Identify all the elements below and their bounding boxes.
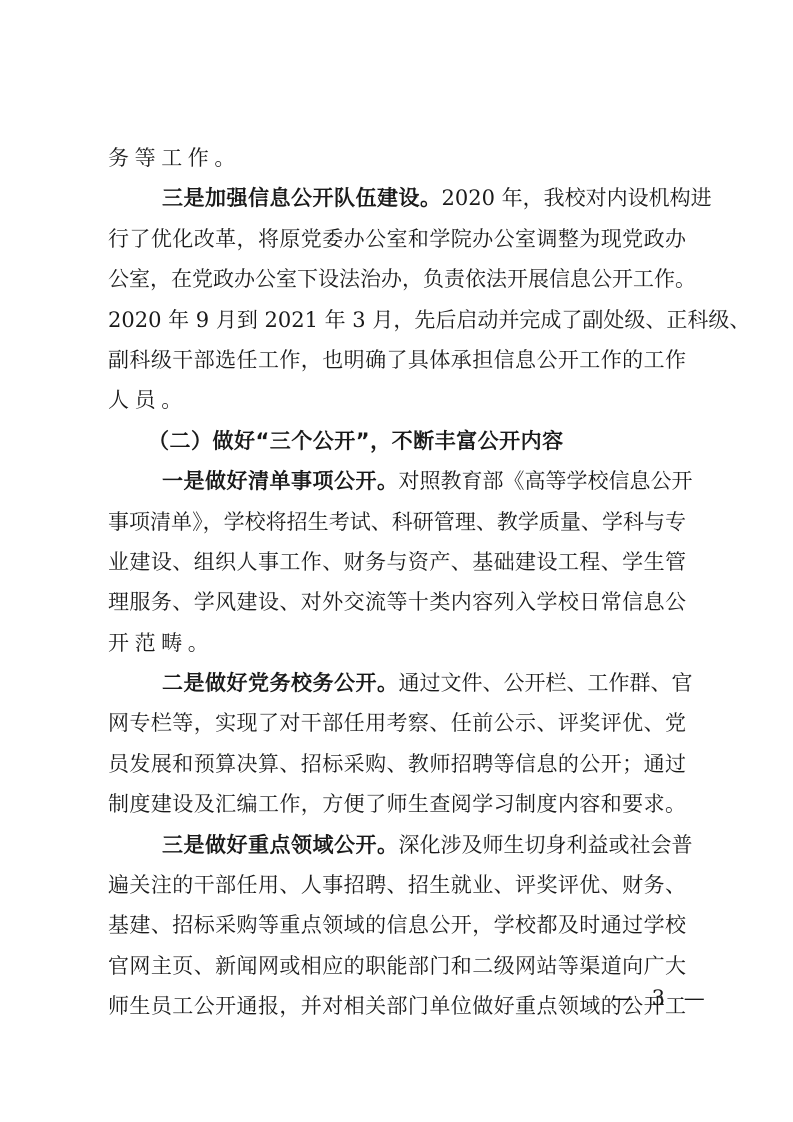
line-text: 2020 年，我校对内设机构进	[442, 186, 712, 210]
line-text: 深化涉及师生切身利益或社会普	[399, 833, 693, 857]
text-line: 副科级干部选任工作，也明确了具体承担信息公开工作的工作	[108, 340, 686, 380]
paragraph-start: 三是加强信息公开队伍建设。2020 年，我校对内设机构进	[108, 178, 686, 218]
text-line: 制度建设及汇编工作，方便了师生查阅学习制度内容和要求。	[108, 784, 686, 824]
paragraph-start: 三是做好重点领域公开。深化涉及师生切身利益或社会普	[108, 825, 686, 865]
line-text: 副科级干部选任工作，也明确了具体承担信息公开工作的工作	[108, 348, 686, 372]
line-text: 师生员工公开通报，并对相关部门单位做好重点领域的公开工	[108, 994, 686, 1018]
line-text: 行了优化改革，将原党委办公室和学院办公室调整为现党政办	[108, 227, 686, 251]
text-line: 务等工作。	[108, 138, 686, 178]
text-line: 事项清单》，学校将招生考试、科研管理、教学质量、学科与专	[108, 502, 686, 542]
line-text: 人员。	[108, 388, 188, 412]
paragraph-start: 二是做好党务校务公开。通过文件、公开栏、工作群、官	[108, 663, 686, 703]
line-text: 遍关注的干部任用、人事招聘、招生就业、评奖评优、财务、	[108, 873, 686, 897]
text-line: 基建、招标采购等重点领域的信息公开，学校都及时通过学校	[108, 905, 686, 945]
document-body: 务等工作。 三是加强信息公开队伍建设。2020 年，我校对内设机构进 行了优化改…	[108, 138, 686, 1027]
line-text: 员发展和预算决算、招标采购、教师招聘等信息的公开；通过	[108, 752, 686, 776]
line-text: 开范畴。	[108, 631, 214, 655]
line-text: 网专栏等，实现了对干部任用考察、任前公示、评奖评优、党	[108, 711, 686, 735]
text-line: 行了优化改革，将原党委办公室和学院办公室调整为现党政办	[108, 219, 686, 259]
line-text: 通过文件、公开栏、工作群、官	[399, 671, 693, 695]
line-text: 务等工作。	[108, 146, 241, 170]
paragraph-lead-bold: 一是做好清单事项公开。	[162, 469, 399, 493]
text-line: 人员。	[108, 380, 686, 420]
text-line: 公室，在党政办公室下设法治办，负责依法开展信息公开工作。	[108, 259, 686, 299]
paragraph-lead-bold: 三是加强信息公开队伍建设。	[162, 186, 442, 210]
line-text: 制度建设及汇编工作，方便了师生查阅学习制度内容和要求。	[108, 792, 686, 816]
page-number: — 3 —	[612, 986, 711, 1010]
line-text: 理服务、学风建设、对外交流等十类内容列入学校日常信息公	[108, 590, 686, 614]
text-line: 员发展和预算决算、招标采购、教师招聘等信息的公开；通过	[108, 744, 686, 784]
text-line: 师生员工公开通报，并对相关部门单位做好重点领域的公开工	[108, 986, 686, 1026]
line-text: 官网主页、新闻网或相应的职能部门和二级网站等渠道向广大	[108, 954, 686, 978]
text-line: 2020 年 9 月到 2021 年 3 月，先后启动并完成了副处级、正科级、	[108, 300, 686, 340]
text-line: 理服务、学风建设、对外交流等十类内容列入学校日常信息公	[108, 582, 686, 622]
paragraph-start: 一是做好清单事项公开。对照教育部《高等学校信息公开	[108, 461, 686, 501]
text-line: 业建设、组织人事工作、财务与资产、基础建设工程、学生管	[108, 542, 686, 582]
line-text: 2020 年 9 月到 2021 年 3 月，先后启动并完成了副处级、正科级、	[108, 308, 750, 332]
line-text: 业建设、组织人事工作、财务与资产、基础建设工程、学生管	[108, 550, 686, 574]
text-line: 遍关注的干部任用、人事招聘、招生就业、评奖评优、财务、	[108, 865, 686, 905]
paragraph-lead-bold: 二是做好党务校务公开。	[162, 671, 399, 695]
document-page: 务等工作。 三是加强信息公开队伍建设。2020 年，我校对内设机构进 行了优化改…	[0, 0, 793, 1122]
text-line: 网专栏等，实现了对干部任用考察、任前公示、评奖评优、党	[108, 703, 686, 743]
line-text: 对照教育部《高等学校信息公开	[399, 469, 693, 493]
section-heading: （二）做好“三个公开”，不断丰富公开内容	[108, 421, 686, 461]
section-heading-text: （二）做好“三个公开”，不断丰富公开内容	[148, 429, 564, 453]
text-line: 官网主页、新闻网或相应的职能部门和二级网站等渠道向广大	[108, 946, 686, 986]
line-text: 基建、招标采购等重点领域的信息公开，学校都及时通过学校	[108, 913, 686, 937]
text-line: 开范畴。	[108, 623, 686, 663]
line-text: 事项清单》，学校将招生考试、科研管理、教学质量、学科与专	[108, 510, 686, 534]
paragraph-lead-bold: 三是做好重点领域公开。	[162, 833, 399, 857]
line-text: 公室，在党政办公室下设法治办，负责依法开展信息公开工作。	[108, 267, 696, 291]
